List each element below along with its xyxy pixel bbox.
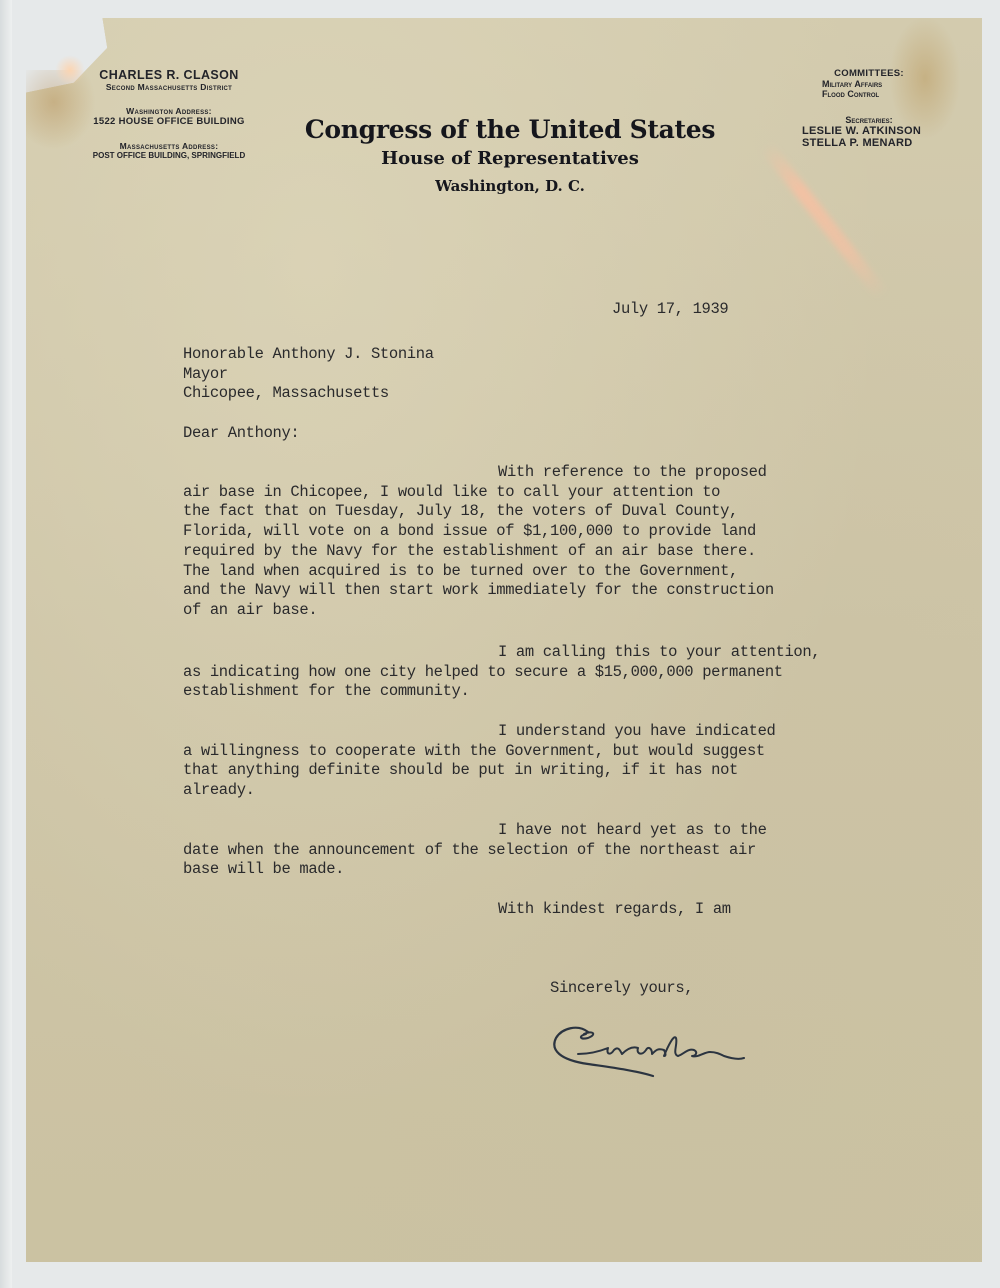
paragraph-line: the fact that on Tuesday, July 18, the v…: [183, 502, 774, 522]
paragraph-line: as indicating how one city helped to sec…: [183, 663, 820, 683]
letter-date: July 17, 1939: [612, 300, 728, 320]
paragraph-line: date when the announcement of the select…: [183, 841, 767, 861]
paragraph: With reference to the proposedair base i…: [183, 463, 774, 621]
congressman-name: CHARLES R. CLASON: [74, 68, 264, 82]
paragraph-line: required by the Navy for the establishme…: [183, 542, 774, 562]
signoff: Sincerely yours,: [550, 979, 693, 999]
letterhead-left: CHARLES R. CLASON Second Massachusetts D…: [74, 68, 264, 160]
paragraph-line: base will be made.: [183, 860, 767, 880]
salutation: Dear Anthony:: [183, 424, 299, 444]
signature: Charles: [548, 1020, 768, 1080]
paragraph: I understand you have indicateda willing…: [183, 722, 776, 801]
paragraph-line: and the Navy will then start work immedi…: [183, 581, 774, 601]
committee-item: Military Affairs: [822, 79, 944, 89]
recipient-title: Mayor: [183, 365, 434, 385]
paragraph-line: already.: [183, 781, 776, 801]
washington-address-label: Washington Address:: [74, 106, 264, 116]
committees-label: COMMITTEES:: [794, 68, 944, 79]
secretary-name: STELLA P. MENARD: [794, 137, 944, 149]
closing: With kindest regards, I am: [498, 900, 731, 920]
paragraph-line: I understand you have indicated: [498, 722, 776, 740]
letterhead-right: COMMITTEES: Military Affairs Flood Contr…: [794, 68, 944, 149]
paragraph-line: With reference to the proposed: [498, 463, 767, 481]
district: Second Massachusetts District: [74, 82, 264, 92]
paragraph: I have not heard yet as to thedate when …: [183, 821, 767, 880]
secretary-name: LESLIE W. ATKINSON: [794, 125, 944, 137]
letterhead-city: Washington, D. C.: [300, 177, 720, 195]
paragraph: I am calling this to your attention,as i…: [183, 643, 820, 702]
massachusetts-address: POST OFFICE BUILDING, SPRINGFIELD: [74, 151, 264, 160]
paragraph-line: I am calling this to your attention,: [498, 643, 820, 661]
committee-item: Flood Control: [822, 89, 944, 99]
paragraph-line: air base in Chicopee, I would like to ca…: [183, 483, 774, 503]
massachusetts-address-label: Massachusetts Address:: [74, 141, 264, 151]
paragraph-line: The land when acquired is to be turned o…: [183, 562, 774, 582]
recipient-address: Honorable Anthony J. StoninaMayorChicope…: [183, 345, 434, 404]
letterhead-title: Congress of the United States: [300, 115, 720, 144]
paragraph-line: a willingness to cooperate with the Gove…: [183, 742, 776, 762]
paragraph-line: establishment for the community.: [183, 682, 820, 702]
paragraph-line: I have not heard yet as to the: [498, 821, 767, 839]
letter-paper: [26, 18, 982, 1262]
letterhead-house: House of Representatives: [300, 148, 720, 169]
secretaries-label: Secretaries:: [794, 115, 944, 125]
paragraph-line: Florida, will vote on a bond issue of $1…: [183, 522, 774, 542]
letterhead-center: Congress of the United States House of R…: [300, 115, 720, 195]
recipient-name: Honorable Anthony J. Stonina: [183, 345, 434, 365]
recipient-city: Chicopee, Massachusetts: [183, 384, 434, 404]
paragraph-line: of an air base.: [183, 601, 774, 621]
scan-edge: [0, 0, 12, 1288]
paragraph-line: that anything definite should be put in …: [183, 761, 776, 781]
washington-address: 1522 HOUSE OFFICE BUILDING: [74, 116, 264, 127]
